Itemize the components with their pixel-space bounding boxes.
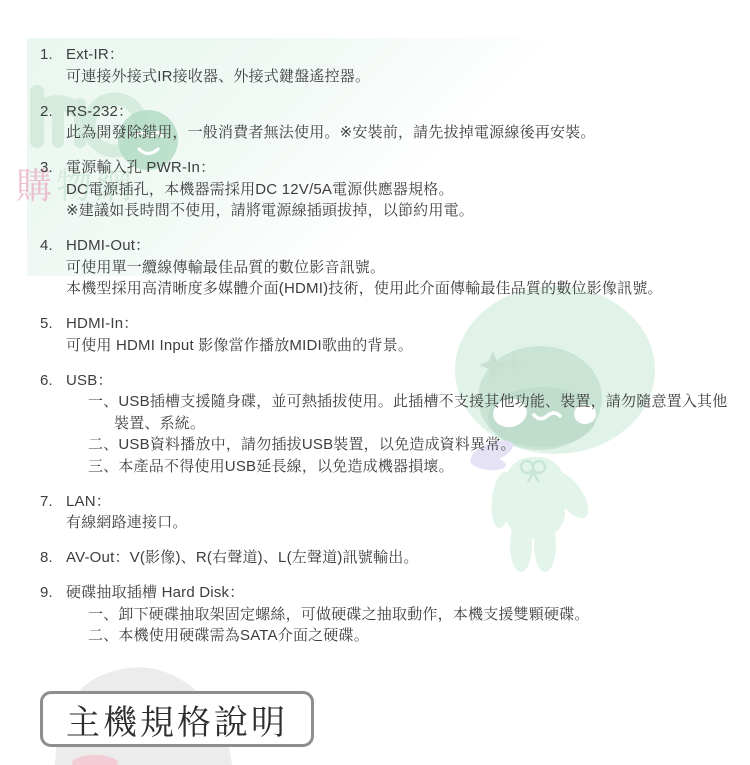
spec-item-lan: 7. LAN： 有線網路連接口。 — [40, 491, 746, 534]
item-title: HDMI-In： — [66, 313, 138, 335]
item-line: 可使用 HDMI Input 影像當作播放MIDI歌曲的背景。 — [66, 335, 746, 357]
item-line: 一、卸下硬碟抽取架固定螺絲，可做硬碟之抽取動作，本機支援雙顆硬碟。 — [88, 604, 746, 626]
spec-item-hdmi-out: 4. HDMI-Out： 可使用單一纜線傳輸最佳品質的數位影音訊號。 本機型採用… — [40, 235, 746, 300]
item-number: 4. — [40, 235, 66, 257]
item-number: 1. — [40, 44, 66, 66]
item-line: 本機型採用高清晰度多媒體介面(HDMI)技術，使用此介面傳輸最佳品質的數位影像訊… — [66, 278, 746, 300]
item-line: 裝置、系統。 — [114, 413, 746, 435]
item-number: 6. — [40, 370, 66, 392]
item-number: 8. — [40, 547, 66, 569]
item-line: 一、USB插槽支援隨身碟，並可熱插拔使用。此插槽不支援其他功能、裝置，請勿隨意置… — [88, 391, 746, 413]
item-line: 可使用單一纜線傳輸最佳品質的數位影音訊號。 — [66, 257, 746, 279]
item-line: 有線網路連接口。 — [66, 512, 746, 534]
item-title: LAN： — [66, 491, 111, 513]
item-number: 3. — [40, 157, 66, 179]
item-line: ※建議如長時間不使用，請將電源線插頭拔掉，以節約用電。 — [66, 200, 746, 222]
item-number: 9. — [40, 582, 66, 604]
spec-item-hard-disk: 9. 硬碟抽取插槽 Hard Disk： 一、卸下硬碟抽取架固定螺絲，可做硬碟之… — [40, 582, 746, 647]
spec-item-rs232: 2. RS-232： 此為開發除錯用，一般消費者無法使用。※安裝前，請先拔掉電源… — [40, 101, 746, 144]
spec-item-ext-ir: 1. Ext-IR： 可連接外接式IR接收器、外接式鍵盤遙控器。 — [40, 44, 746, 87]
item-number: 2. — [40, 101, 66, 123]
item-number: 5. — [40, 313, 66, 335]
spec-item-usb: 6. USB： 一、USB插槽支援隨身碟，並可熱插拔使用。此插槽不支援其他功能、… — [40, 370, 746, 478]
section-title-box: 主機規格說明 — [40, 691, 314, 747]
item-title: 電源輸入孔 PWR-In： — [66, 157, 215, 179]
spec-item-av-out: 8. AV-Out：V(影像)、R(右聲道)、L(左聲道)訊號輸出。 — [40, 547, 746, 569]
item-title: 硬碟抽取插槽 Hard Disk： — [66, 582, 244, 604]
item-number: 7. — [40, 491, 66, 513]
item-title: AV-Out：V(影像)、R(右聲道)、L(左聲道)訊號輸出。 — [66, 547, 419, 569]
item-title: RS-232： — [66, 101, 133, 123]
spec-item-pwr-in: 3. 電源輸入孔 PWR-In： DC電源插孔，本機器需採用DC 12V/5A電… — [40, 157, 746, 222]
item-title: HDMI-Out： — [66, 235, 150, 257]
spec-list: 1. Ext-IR： 可連接外接式IR接收器、外接式鍵盤遙控器。 2. RS-2… — [40, 44, 746, 660]
item-title: USB： — [66, 370, 113, 392]
item-line: 此為開發除錯用，一般消費者無法使用。※安裝前，請先拔掉電源線後再安裝。 — [66, 122, 746, 144]
item-title: Ext-IR： — [66, 44, 124, 66]
spec-item-hdmi-in: 5. HDMI-In： 可使用 HDMI Input 影像當作播放MIDI歌曲的… — [40, 313, 746, 356]
item-line: 三、本產品不得使用USB延長線，以免造成機器損壞。 — [88, 456, 746, 478]
item-line: 可連接外接式IR接收器、外接式鍵盤遙控器。 — [66, 66, 746, 88]
section-title: 主機規格說明 — [66, 695, 288, 744]
item-line: 二、本機使用硬碟需為SATA介面之硬碟。 — [88, 625, 746, 647]
item-line: 二、USB資料播放中，請勿插拔USB裝置，以免造成資料異常。 — [88, 434, 746, 456]
item-line: DC電源插孔，本機器需採用DC 12V/5A電源供應器規格。 — [66, 179, 746, 201]
